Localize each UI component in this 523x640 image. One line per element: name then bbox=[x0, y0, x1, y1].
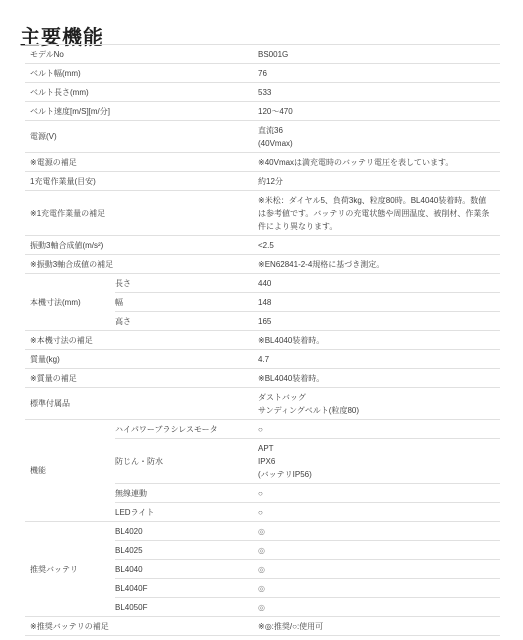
spec-label: ※振動3軸合成値の補足 bbox=[25, 255, 258, 273]
spec-value: 約12分 bbox=[258, 172, 500, 190]
spec-row-power-note: ※電源の補足 ※40Vmaxは満充電時のバッテリ電圧を表しています。 bbox=[25, 153, 500, 172]
spec-label: ※本機寸法の補足 bbox=[25, 331, 258, 349]
spec-value: ※BL4040装着時。 bbox=[258, 331, 500, 349]
spec-label: ベルト幅(mm) bbox=[25, 64, 258, 82]
spec-row-work-per-charge-note: ※1充電作業量の補足 ※米松：ダイヤル5、負荷3kg、粒度80時。BL4040装… bbox=[25, 191, 500, 236]
spec-value: 直流36 (40Vmax) bbox=[258, 121, 500, 152]
spec-subrow-dust-water-proof: 防じん・防水 APT IPX6 (バッテリIP56) bbox=[115, 438, 500, 483]
spec-value: 120～470 bbox=[258, 102, 500, 120]
spec-value-line: ダストバッグ bbox=[258, 391, 494, 404]
spec-sublabel: BL4020 bbox=[115, 522, 258, 540]
spec-subrow-bl4050f: BL4050F ◎ bbox=[115, 597, 500, 616]
spec-value-line: 直流36 bbox=[258, 124, 494, 137]
spec-label: ※1充電作業量の補足 bbox=[25, 204, 258, 222]
spec-label: 1充電作業量(目安) bbox=[25, 172, 258, 190]
spec-value: ※米松：ダイヤル5、負荷3kg、粒度80時。BL4040装着時。数値は参考値です… bbox=[258, 191, 500, 235]
spec-value: 76 bbox=[258, 64, 500, 82]
spec-group-items: ハイパワーブラシレスモータ ○ 防じん・防水 APT IPX6 (バッテリIP5… bbox=[115, 420, 500, 521]
spec-value: ※◎:推奨/○:使用可 bbox=[258, 617, 500, 635]
spec-row-vibration: 振動3軸合成値(m/s²) <2.5 bbox=[25, 236, 500, 255]
spec-sublabel: BL4050F bbox=[115, 598, 258, 616]
spec-value: 440 bbox=[258, 274, 500, 292]
spec-row-dimensions-note: ※本機寸法の補足 ※BL4040装着時。 bbox=[25, 331, 500, 350]
spec-value: <2.5 bbox=[258, 236, 500, 254]
spec-subrow-height: 高さ 165 bbox=[115, 311, 500, 330]
double-circle-mark: ◎ bbox=[258, 541, 500, 559]
circle-mark: ○ bbox=[258, 503, 500, 521]
spec-row-belt-length: ベルト長さ(mm) 533 bbox=[25, 83, 500, 102]
spec-row-belt-speed: ベルト速度[m/S][m/分] 120～470 bbox=[25, 102, 500, 121]
spec-sublabel: 無線連動 bbox=[115, 484, 258, 502]
spec-row-battery-note: ※推奨バッテリの補足 ※◎:推奨/○:使用可 bbox=[25, 617, 500, 636]
double-circle-mark: ◎ bbox=[258, 522, 500, 540]
spec-label: 質量(kg) bbox=[25, 350, 258, 368]
spec-subrow-led-light: LEDライト ○ bbox=[115, 502, 500, 521]
spec-label: モデルNo bbox=[25, 45, 258, 63]
spec-value-line: (バッテリIP56) bbox=[258, 468, 494, 481]
spec-sublabel: 高さ bbox=[115, 312, 258, 330]
spec-label: ベルト速度[m/S][m/分] bbox=[25, 102, 258, 120]
spec-subrow-bl4020: BL4020 ◎ bbox=[115, 522, 500, 540]
spec-value-line: サンディングベルト(粒度80) bbox=[258, 404, 494, 417]
spec-value: BS001G bbox=[258, 45, 500, 63]
spec-value: ※BL4040装着時。 bbox=[258, 369, 500, 387]
spec-label: 振動3軸合成値(m/s²) bbox=[25, 236, 258, 254]
spec-sublabel: BL4040 bbox=[115, 560, 258, 578]
spec-label: 電源(V) bbox=[25, 128, 258, 146]
spec-label: ※推奨バッテリの補足 bbox=[25, 617, 258, 635]
spec-row-power: 電源(V) 直流36 (40Vmax) bbox=[25, 121, 500, 153]
spec-label: 推奨バッテリ bbox=[25, 522, 115, 616]
spec-group-batteries: 推奨バッテリ BL4020 ◎ BL4025 ◎ BL4040 ◎ BL4040… bbox=[25, 522, 500, 617]
spec-sublabel: LEDライト bbox=[115, 503, 258, 521]
spec-value-line: (40Vmax) bbox=[258, 137, 494, 150]
spec-subrow-bl4025: BL4025 ◎ bbox=[115, 540, 500, 559]
circle-mark: ○ bbox=[258, 420, 500, 438]
spec-row-belt-width: ベルト幅(mm) 76 bbox=[25, 64, 500, 83]
double-circle-mark: ◎ bbox=[258, 560, 500, 578]
spec-sublabel: BL4025 bbox=[115, 541, 258, 559]
spec-label: ベルト長さ(mm) bbox=[25, 83, 258, 101]
spec-subrow-length: 長さ 440 bbox=[115, 274, 500, 292]
spec-value: 148 bbox=[258, 293, 500, 311]
spec-label: 本機寸法(mm) bbox=[25, 274, 115, 330]
spec-value-line: APT bbox=[258, 442, 494, 455]
spec-value: ダストバッグ サンディングベルト(粒度80) bbox=[258, 388, 500, 419]
spec-sublabel: ハイパワーブラシレスモータ bbox=[115, 420, 258, 438]
spec-label: 機能 bbox=[25, 420, 115, 521]
spec-row-weight: 質量(kg) 4.7 bbox=[25, 350, 500, 369]
spec-value: ※EN62841-2-4規格に基づき測定。 bbox=[258, 255, 500, 273]
spec-row-model-no: モデルNo BS001G bbox=[25, 45, 500, 64]
spec-label: 標準付属品 bbox=[25, 395, 258, 413]
spec-label: ※質量の補足 bbox=[25, 369, 258, 387]
spec-value: ※40Vmaxは満充電時のバッテリ電圧を表しています。 bbox=[258, 153, 500, 171]
spec-row-work-per-charge: 1充電作業量(目安) 約12分 bbox=[25, 172, 500, 191]
spec-group-items: BL4020 ◎ BL4025 ◎ BL4040 ◎ BL4040F ◎ BL4… bbox=[115, 522, 500, 616]
spec-subrow-brushless-motor: ハイパワーブラシレスモータ ○ bbox=[115, 420, 500, 438]
spec-sublabel: 長さ bbox=[115, 274, 258, 292]
double-circle-mark: ◎ bbox=[258, 598, 500, 616]
spec-row-accessories: 標準付属品 ダストバッグ サンディングベルト(粒度80) bbox=[25, 388, 500, 420]
spec-row-weight-note: ※質量の補足 ※BL4040装着時。 bbox=[25, 369, 500, 388]
spec-group-items: 長さ 440 幅 148 高さ 165 bbox=[115, 274, 500, 330]
spec-sublabel: 幅 bbox=[115, 293, 258, 311]
spec-row-vibration-note: ※振動3軸合成値の補足 ※EN62841-2-4規格に基づき測定。 bbox=[25, 255, 500, 274]
spec-sublabel: 防じん・防水 bbox=[115, 452, 258, 470]
spec-value-line: IPX6 bbox=[258, 455, 494, 468]
spec-value: 533 bbox=[258, 83, 500, 101]
spec-subrow-width: 幅 148 bbox=[115, 292, 500, 311]
spec-subrow-bl4040: BL4040 ◎ bbox=[115, 559, 500, 578]
spec-group-features: 機能 ハイパワーブラシレスモータ ○ 防じん・防水 APT IPX6 (バッテリ… bbox=[25, 420, 500, 522]
spec-label: ※電源の補足 bbox=[25, 153, 258, 171]
spec-value: APT IPX6 (バッテリIP56) bbox=[258, 439, 500, 483]
spec-value: 4.7 bbox=[258, 350, 500, 368]
circle-mark: ○ bbox=[258, 484, 500, 502]
spec-sublabel: BL4040F bbox=[115, 579, 258, 597]
spec-value: 165 bbox=[258, 312, 500, 330]
spec-subrow-bl4040f: BL4040F ◎ bbox=[115, 578, 500, 597]
spec-subrow-wireless-link: 無線連動 ○ bbox=[115, 483, 500, 502]
spec-table: モデルNo BS001G ベルト幅(mm) 76 ベルト長さ(mm) 533 ベ… bbox=[25, 44, 500, 636]
spec-group-dimensions: 本機寸法(mm) 長さ 440 幅 148 高さ 165 bbox=[25, 274, 500, 331]
double-circle-mark: ◎ bbox=[258, 579, 500, 597]
